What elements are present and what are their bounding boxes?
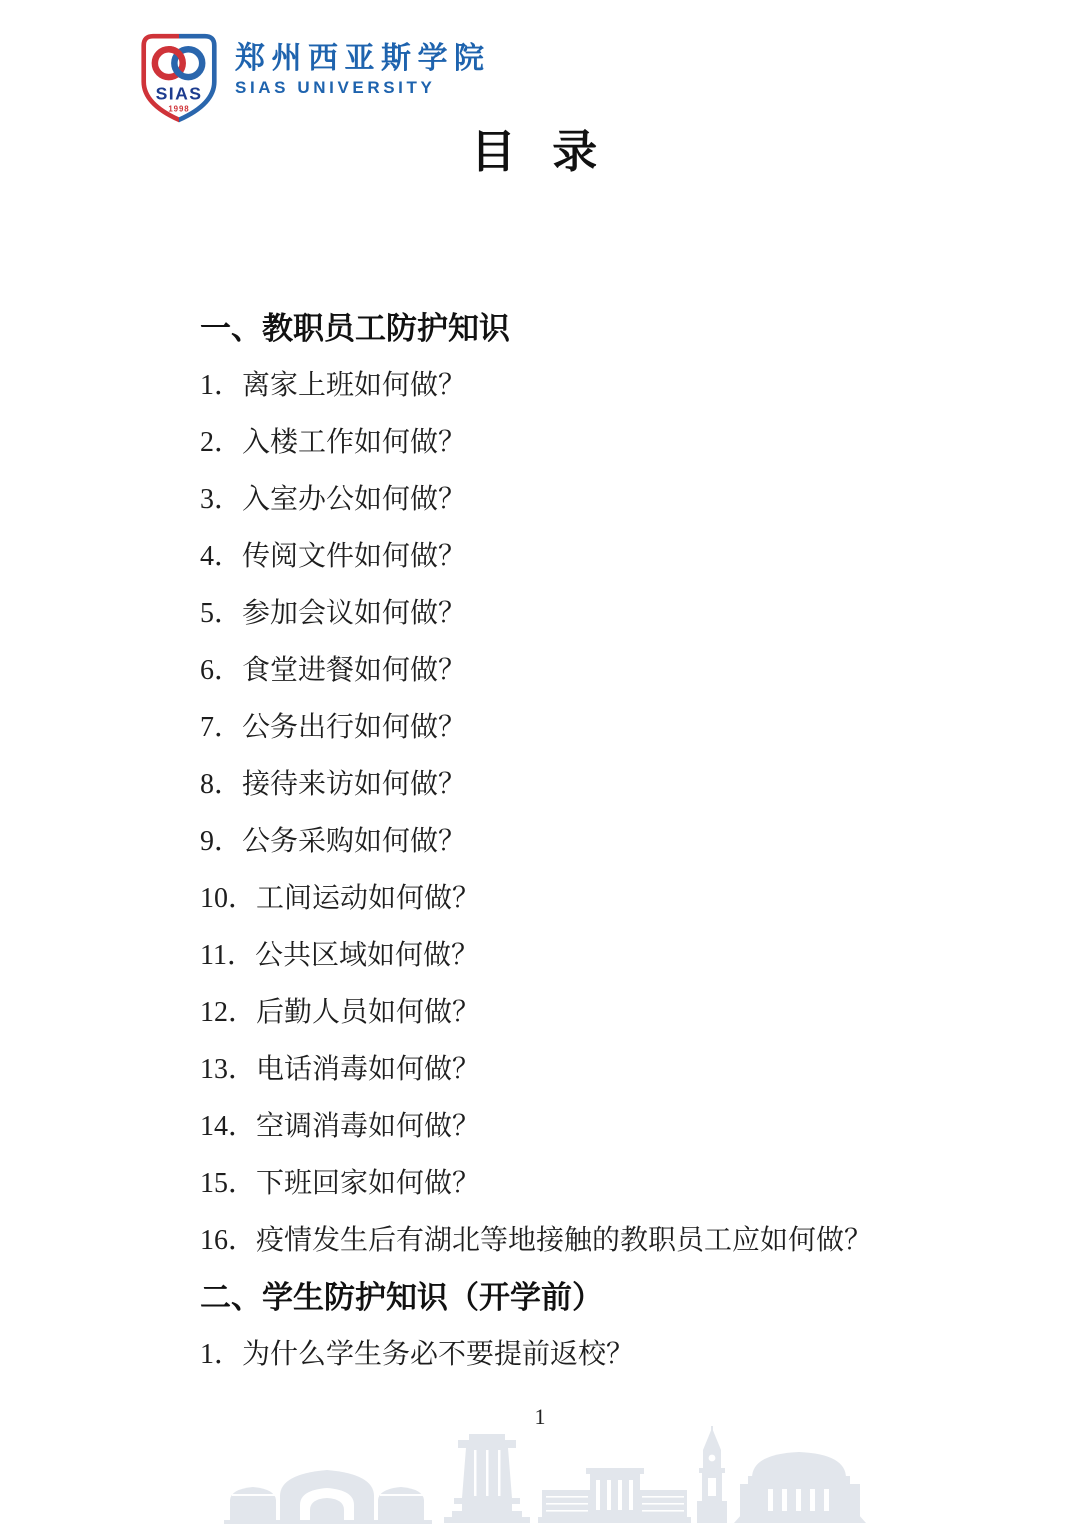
toc-item: 2．入楼工作如何做？ (200, 414, 980, 471)
university-name-cn: 郑州西亚斯学院 (235, 42, 491, 76)
document-page: SIAS 1998 郑州西亚斯学院 SIAS UNIVERSITY 目 录 一、… (0, 0, 1080, 1528)
toc-item: 9．公务采购如何做？ (200, 813, 980, 870)
toc-section-2-list: 1．为什么学生务必不要提前返校？ (200, 1326, 980, 1383)
table-of-contents: 一、教职员工防护知识 1．离家上班如何做？ 2．入楼工作如何做？ 3．入室办公如… (200, 300, 980, 1383)
toc-item: 4．传阅文件如何做？ (200, 528, 980, 585)
toc-item: 15．下班回家如何做？ (200, 1155, 980, 1212)
toc-item: 10．工间运动如何做？ (200, 870, 980, 927)
university-logo: SIAS 1998 郑州西亚斯学院 SIAS UNIVERSITY (140, 32, 491, 124)
toc-item: 14．空调消毒如何做？ (200, 1098, 980, 1155)
toc-item: 1．离家上班如何做？ (200, 357, 980, 414)
toc-item: 6．食堂进餐如何做？ (200, 642, 980, 699)
toc-item: 1．为什么学生务必不要提前返校？ (200, 1326, 980, 1383)
toc-item: 13．电话消毒如何做？ (200, 1041, 980, 1098)
clock-tower-silhouette (697, 1426, 727, 1523)
toc-section-1-list: 1．离家上班如何做？ 2．入楼工作如何做？ 3．入室办公如何做？ 4．传阅文件如… (200, 357, 980, 1269)
toc-item: 11．公共区域如何做？ (200, 927, 980, 984)
toc-item: 16．疫情发生后有湖北等地接触的教职员工应如何做？ (200, 1212, 980, 1269)
shield-acronym: SIAS (156, 83, 203, 103)
domed-library-silhouette (734, 1452, 866, 1523)
toc-item: 12．后勤人员如何做？ (200, 984, 980, 1041)
university-names: 郑州西亚斯学院 SIAS UNIVERSITY (235, 42, 491, 98)
university-name-en: SIAS UNIVERSITY (235, 78, 491, 98)
shield-year: 1998 (168, 104, 189, 113)
sias-shield-logo-icon: SIAS 1998 (140, 32, 218, 124)
classical-building-silhouette (538, 1468, 691, 1523)
page-title: 目 录 (0, 126, 1080, 178)
toc-item: 3．入室办公如何做？ (200, 471, 980, 528)
campus-buildings (224, 1426, 866, 1524)
toc-section-heading-2: 二、学生防护知识（开学前） (200, 1269, 980, 1326)
toc-section-heading-1: 一、教职员工防护知识 (200, 300, 980, 357)
toc-item: 5．参加会议如何做？ (200, 585, 980, 642)
toc-item: 8．接待来访如何做？ (200, 756, 980, 813)
pagoda-tower-silhouette (444, 1434, 530, 1523)
conference-center-silhouette (224, 1470, 432, 1524)
campus-skyline-watermark (222, 1426, 870, 1526)
toc-item: 7．公务出行如何做？ (200, 699, 980, 756)
